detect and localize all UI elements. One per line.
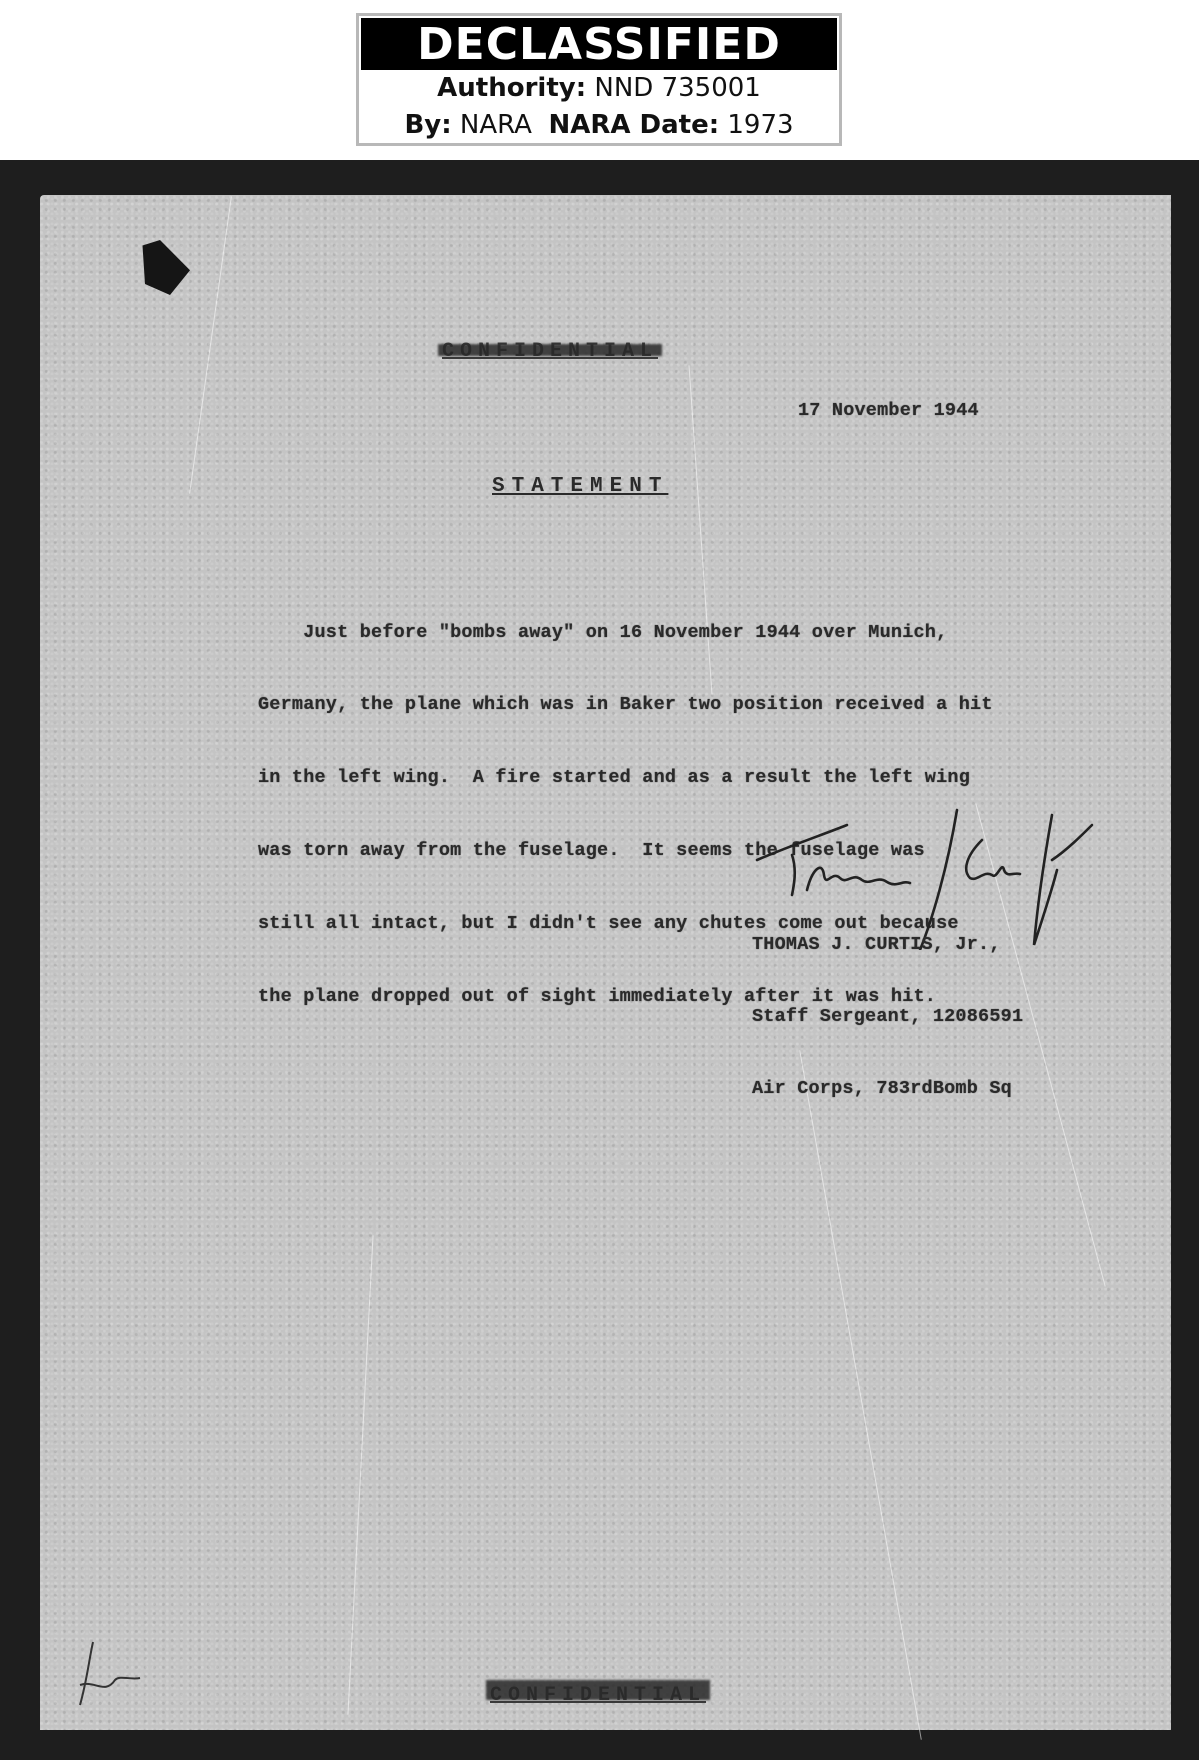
date-label: NARA Date: <box>548 110 719 140</box>
authority-label: Authority: <box>437 73 586 103</box>
body-line: in the left wing. A fire started and as … <box>258 766 993 790</box>
body-line: Germany, the plane which was in Baker tw… <box>258 693 993 717</box>
document-date: 17 November 1944 <box>798 400 979 421</box>
stamp-title: DECLASSIFIED <box>361 18 837 70</box>
signer-name: THOMAS J. CURTIS, Jr., <box>752 933 1023 957</box>
stamp-authority: Authority: NND 735001 <box>359 70 839 107</box>
authority-value: NND 735001 <box>594 73 760 103</box>
scratch-mark <box>799 1050 922 1740</box>
classification-marking-bottom: CONFIDENTIAL <box>490 1684 706 1707</box>
document-heading: STATEMENT <box>492 475 668 498</box>
strikethrough <box>438 344 662 356</box>
body-line: Just before "bombs away" on 16 November … <box>258 621 993 645</box>
strikethrough <box>486 1680 710 1700</box>
scratch-mark <box>189 196 232 493</box>
date-value: 1973 <box>727 110 793 140</box>
scratch-mark <box>347 1235 373 1714</box>
stamp-by-date: By: NARA NARA Date: 1973 <box>359 107 839 144</box>
by-value: NARA <box>460 110 532 140</box>
classification-marking-top: CONFIDENTIAL <box>442 340 658 363</box>
by-label: By: <box>404 110 451 140</box>
handwritten-initials <box>75 1640 145 1710</box>
signer-rank: Staff Sergeant, 12086591 <box>752 1005 1023 1029</box>
signature-block: THOMAS J. CURTIS, Jr., Staff Sergeant, 1… <box>752 885 1023 1125</box>
ink-blot <box>140 240 190 295</box>
declassified-stamp: DECLASSIFIED Authority: NND 735001 By: N… <box>356 13 842 146</box>
signer-unit: Air Corps, 783rdBomb Sq <box>752 1077 1023 1101</box>
